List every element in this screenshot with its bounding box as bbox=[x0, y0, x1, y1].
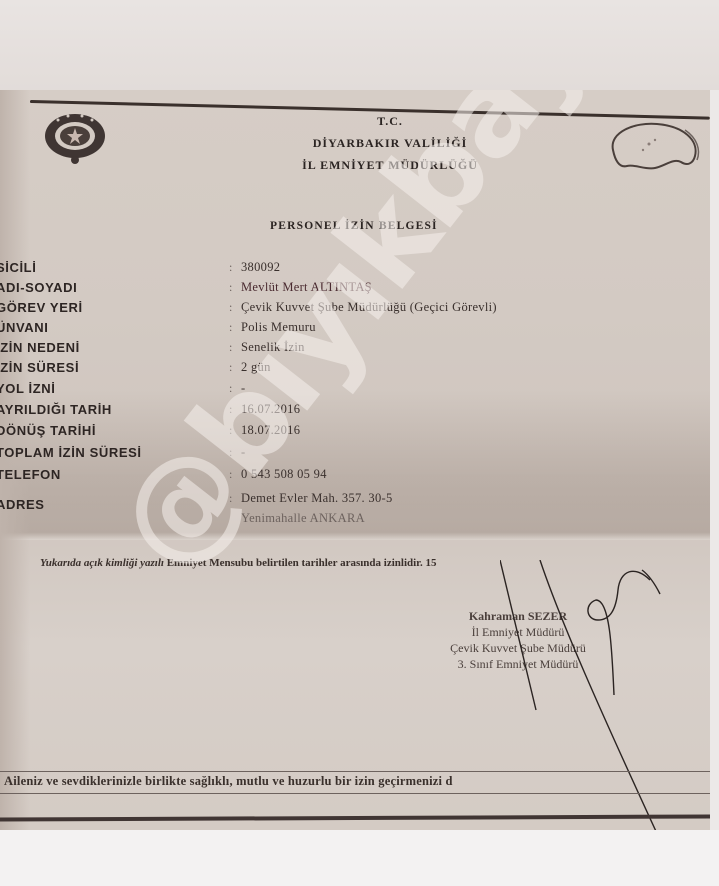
leave-permit-document: T.C. DİYARBAKIR VALİLİĞİ İL EMNİYET MÜDÜ… bbox=[0, 90, 710, 832]
field-label: DÖNÜŞ TARİHİ bbox=[0, 423, 96, 438]
field-label: SİCİLİ bbox=[0, 260, 36, 275]
photo-background-bottom bbox=[0, 830, 719, 886]
field-row-phone: TELEFON : 0 543 508 05 94 bbox=[0, 467, 700, 487]
field-colon: : bbox=[229, 445, 232, 460]
field-value: Demet Evler Mah. 357. 30-5 bbox=[241, 491, 393, 506]
field-colon: : bbox=[229, 340, 232, 355]
field-colon: : bbox=[229, 381, 232, 396]
field-row-return-date: DÖNÜŞ TARİHİ : 18.07.2016 bbox=[0, 423, 700, 443]
field-label: İZİN SÜRESİ bbox=[0, 360, 79, 375]
field-label: YOL İZNİ bbox=[0, 381, 55, 396]
field-value: 0 543 508 05 94 bbox=[241, 467, 327, 482]
field-value: Çevik Kuvvet Şube Müdürlüğü (Geçici Göre… bbox=[241, 300, 497, 315]
photo-background-right bbox=[710, 90, 719, 832]
field-colon: : bbox=[229, 320, 232, 335]
field-row-departure-date: AYRILDIĞI TARİH : 16.07.2016 bbox=[0, 402, 700, 422]
field-colon: : bbox=[229, 402, 232, 417]
field-label: TELEFON bbox=[0, 467, 61, 482]
field-colon: : bbox=[229, 280, 232, 295]
field-row-leave-duration: İZİN SÜRESİ : 2 gün bbox=[0, 360, 700, 380]
field-colon: : bbox=[229, 300, 232, 315]
field-label: ÜNVANI bbox=[0, 320, 48, 335]
ink-stamp-icon bbox=[605, 118, 701, 172]
field-value: Senelik İzin bbox=[241, 340, 305, 355]
footer-rule-bottom bbox=[0, 793, 710, 794]
photo-background-top bbox=[0, 0, 719, 92]
field-value: Polis Memuru bbox=[241, 320, 316, 335]
field-colon: : bbox=[229, 491, 232, 506]
footer-wish-text: Aileniz ve sevdiklerinizle birlikte sağl… bbox=[4, 774, 453, 789]
field-value: 18.07.2016 bbox=[241, 423, 300, 438]
field-row-registry: SİCİLİ : 380092 bbox=[0, 260, 700, 280]
field-row-name: ADI-SOYADI : Mevlüt Mert ALTINTAŞ bbox=[0, 280, 700, 300]
field-row-leave-reason: İZİN NEDENİ : Senelik İzin bbox=[0, 340, 700, 360]
field-label: İZİN NEDENİ bbox=[0, 340, 80, 355]
field-colon: : bbox=[229, 260, 232, 275]
field-colon: : bbox=[229, 423, 232, 438]
approval-statement: Yukarıda açık kimliği yazılı Emniyet Men… bbox=[40, 557, 437, 569]
field-value: - bbox=[241, 445, 245, 460]
field-colon: : bbox=[229, 467, 232, 482]
field-row-duty-station: GÖREV YERİ : Çevik Kuvvet Şube Müdürlüğü… bbox=[0, 300, 700, 320]
field-label: ADI-SOYADI bbox=[0, 280, 77, 295]
statement-rest: Emniyet Mensubu belirtilen tarihler aras… bbox=[167, 557, 437, 569]
document-title: PERSONEL İZİN BELGESİ bbox=[270, 220, 438, 232]
field-colon: : bbox=[229, 360, 232, 375]
field-label: ADRES bbox=[0, 497, 45, 512]
field-row-travel-leave: YOL İZNİ : - bbox=[0, 381, 700, 401]
footer-rule-top bbox=[0, 771, 710, 772]
field-row-address: ADRES : Demet Evler Mah. 357. 30-5 Yenim… bbox=[0, 491, 700, 531]
issuer-header: T.C. DİYARBAKIR VALİLİĞİ İL EMNİYET MÜDÜ… bbox=[0, 110, 710, 176]
field-label: TOPLAM İZİN SÜRESİ bbox=[0, 445, 142, 460]
field-value: Mevlüt Mert ALTINTAŞ bbox=[241, 280, 372, 295]
field-label: GÖREV YERİ bbox=[0, 300, 83, 315]
field-row-total-leave: TOPLAM İZİN SÜRESİ : - bbox=[0, 445, 700, 465]
handwritten-signature-icon bbox=[500, 560, 700, 830]
field-value: 16.07.2016 bbox=[241, 402, 300, 417]
statement-lead: Yukarıda açık kimliği yazılı bbox=[40, 557, 164, 569]
field-label: AYRILDIĞI TARİH bbox=[0, 402, 112, 417]
field-row-title: ÜNVANI : Polis Memuru bbox=[0, 320, 700, 340]
field-value: 380092 bbox=[241, 260, 280, 275]
field-value: 2 gün bbox=[241, 360, 271, 375]
field-value-line2: Yenimahalle ANKARA bbox=[241, 511, 365, 526]
field-value: - bbox=[241, 381, 245, 396]
